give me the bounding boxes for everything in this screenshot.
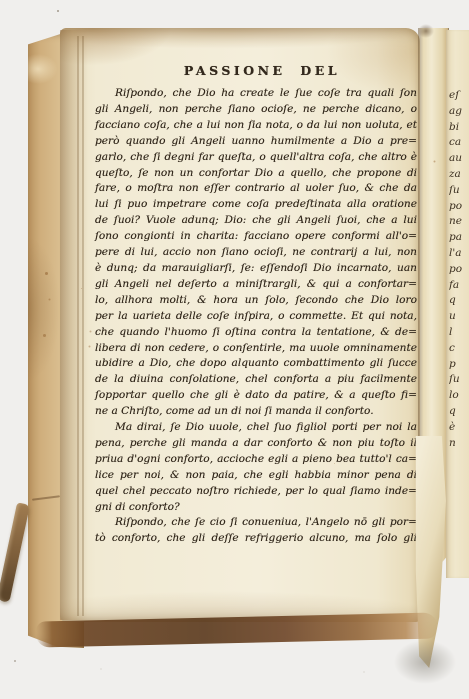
- page-text-line: che quando l'huomo ſi oſtina contra la t…: [95, 325, 417, 341]
- facing-page-fragment: q: [449, 293, 469, 309]
- gutter-crease: [82, 36, 84, 616]
- facing-page-fragment: po: [449, 262, 469, 278]
- page-text-line: Ma dirai, ſe Dio uuole, chel ſuo figliol…: [95, 420, 417, 436]
- page-text-line: Riſpondo, che Dio ha create le ſue coſe …: [95, 86, 417, 102]
- page-text-line: ſono congionti in charita: facciano oper…: [95, 229, 417, 245]
- page-text-line: de ſuoi? Vuole adunq; Dio: che gli Angel…: [95, 213, 417, 229]
- page-text-line: pena, perche gli manda a dar conforto & …: [95, 436, 417, 452]
- page-text-line: lo, allhora molti, & hora un ſolo, ſecon…: [95, 293, 417, 309]
- photo-background: PASSIONE DEL Riſpondo, che Dio ha create…: [0, 0, 469, 699]
- page-text-line: ubidire a Dio, che dopo alquanto combatt…: [95, 356, 417, 372]
- page-text-line: queſto, ſe non un confortar Dio a quello…: [95, 166, 417, 182]
- page-text-line: ſopportar quello che gli è dato da patir…: [95, 388, 417, 404]
- facing-page-fragment: u: [449, 309, 469, 325]
- page-text-lines: Riſpondo, che Dio ha create le ſue coſe …: [95, 86, 417, 547]
- corner-shadow: [394, 640, 456, 684]
- page-text-line: però quando gli Angeli uanno humilmente …: [95, 134, 417, 150]
- page-text-line: gli Angeli nel deſerto a miniſtrargli, &…: [95, 277, 417, 293]
- facing-page-fragment: lo: [449, 388, 469, 404]
- running-header: PASSIONE DEL: [107, 63, 417, 78]
- page-text-line: facciano coſa, che a lui non ſia nota, o…: [95, 118, 417, 134]
- facing-page-fragment: ag: [449, 104, 469, 120]
- dust-specks: [0, 0, 2, 2]
- facing-page-fragment: fa: [449, 278, 469, 294]
- page-text-line: priua d'ogni conforto, accioche egli a p…: [95, 452, 417, 468]
- facing-page-fragment: ſu: [449, 372, 469, 388]
- page-text-line: garlo, che ſi degni far queſta, o quell'…: [95, 150, 417, 166]
- page-text-line: libera di non cedere, o conſentirle, ma …: [95, 341, 417, 357]
- facing-page-fragment: pa: [449, 230, 469, 246]
- facing-page-fragment: ne: [449, 214, 469, 230]
- page-text-line: lice per noi, & non paia, che egli habbi…: [95, 468, 417, 484]
- facing-page-fragments: eſagbicaauzaſuponepal'apofaqulcpſuloqèn: [449, 88, 469, 451]
- page-top-notch: [418, 24, 434, 38]
- facing-page-fragment: bi: [449, 120, 469, 136]
- page-text-line: gli Angeli, non perche ſiano ocioſe, ne …: [95, 102, 417, 118]
- page-text-line: ne a Chriſto, come ad un di noi ſi manda…: [95, 404, 417, 420]
- page-gutter: [60, 30, 88, 620]
- page-text-line: gni di conforto?: [95, 500, 417, 516]
- page-text: PASSIONE DEL Riſpondo, che Dio ha create…: [95, 63, 417, 547]
- page-text-line: tò conforto, che gli deſſe refriggerio a…: [95, 531, 417, 547]
- facing-page-fragment: za: [449, 167, 469, 183]
- facing-page-fragment: ca: [449, 135, 469, 151]
- facing-page-fragment: q: [449, 404, 469, 420]
- facing-page-fragment: eſ: [449, 88, 469, 104]
- page-text-line: per la uarieta delle coſe inſpira, o com…: [95, 309, 417, 325]
- page-text-line: Riſpondo, che ſe cio ſi conueniua, l'Ang…: [95, 515, 417, 531]
- page-text-line: fare, o moſtra non eſſer contrario al uo…: [95, 181, 417, 197]
- facing-page-fragment: au: [449, 151, 469, 167]
- leather-tie-strap: [0, 502, 30, 603]
- facing-page-fragment: è: [449, 420, 469, 436]
- facing-page-fragment: n: [449, 436, 469, 452]
- page-text-line: pere di lui, accio non ſiano ocioſi, ne …: [95, 245, 417, 261]
- page-text-line: quel chel peccato noſtro richiede, per l…: [95, 484, 417, 500]
- page-text-line: è dunq; da marauigliarſi, ſe: eſſendoſi …: [95, 261, 417, 277]
- facing-page-fragment: po: [449, 199, 469, 215]
- page-text-line: lui ſi puo impetrare come coſa predeſtin…: [95, 197, 417, 213]
- page-text-line: de la diuina conſolatione, chel conforta…: [95, 372, 417, 388]
- facing-page-fragment: c: [449, 341, 469, 357]
- facing-page-fragment: l: [449, 325, 469, 341]
- facing-page-fragment: ſu: [449, 183, 469, 199]
- facing-page-fragment: l'a: [449, 246, 469, 262]
- facing-page-fragment: p: [449, 357, 469, 373]
- gutter-crease: [77, 36, 79, 616]
